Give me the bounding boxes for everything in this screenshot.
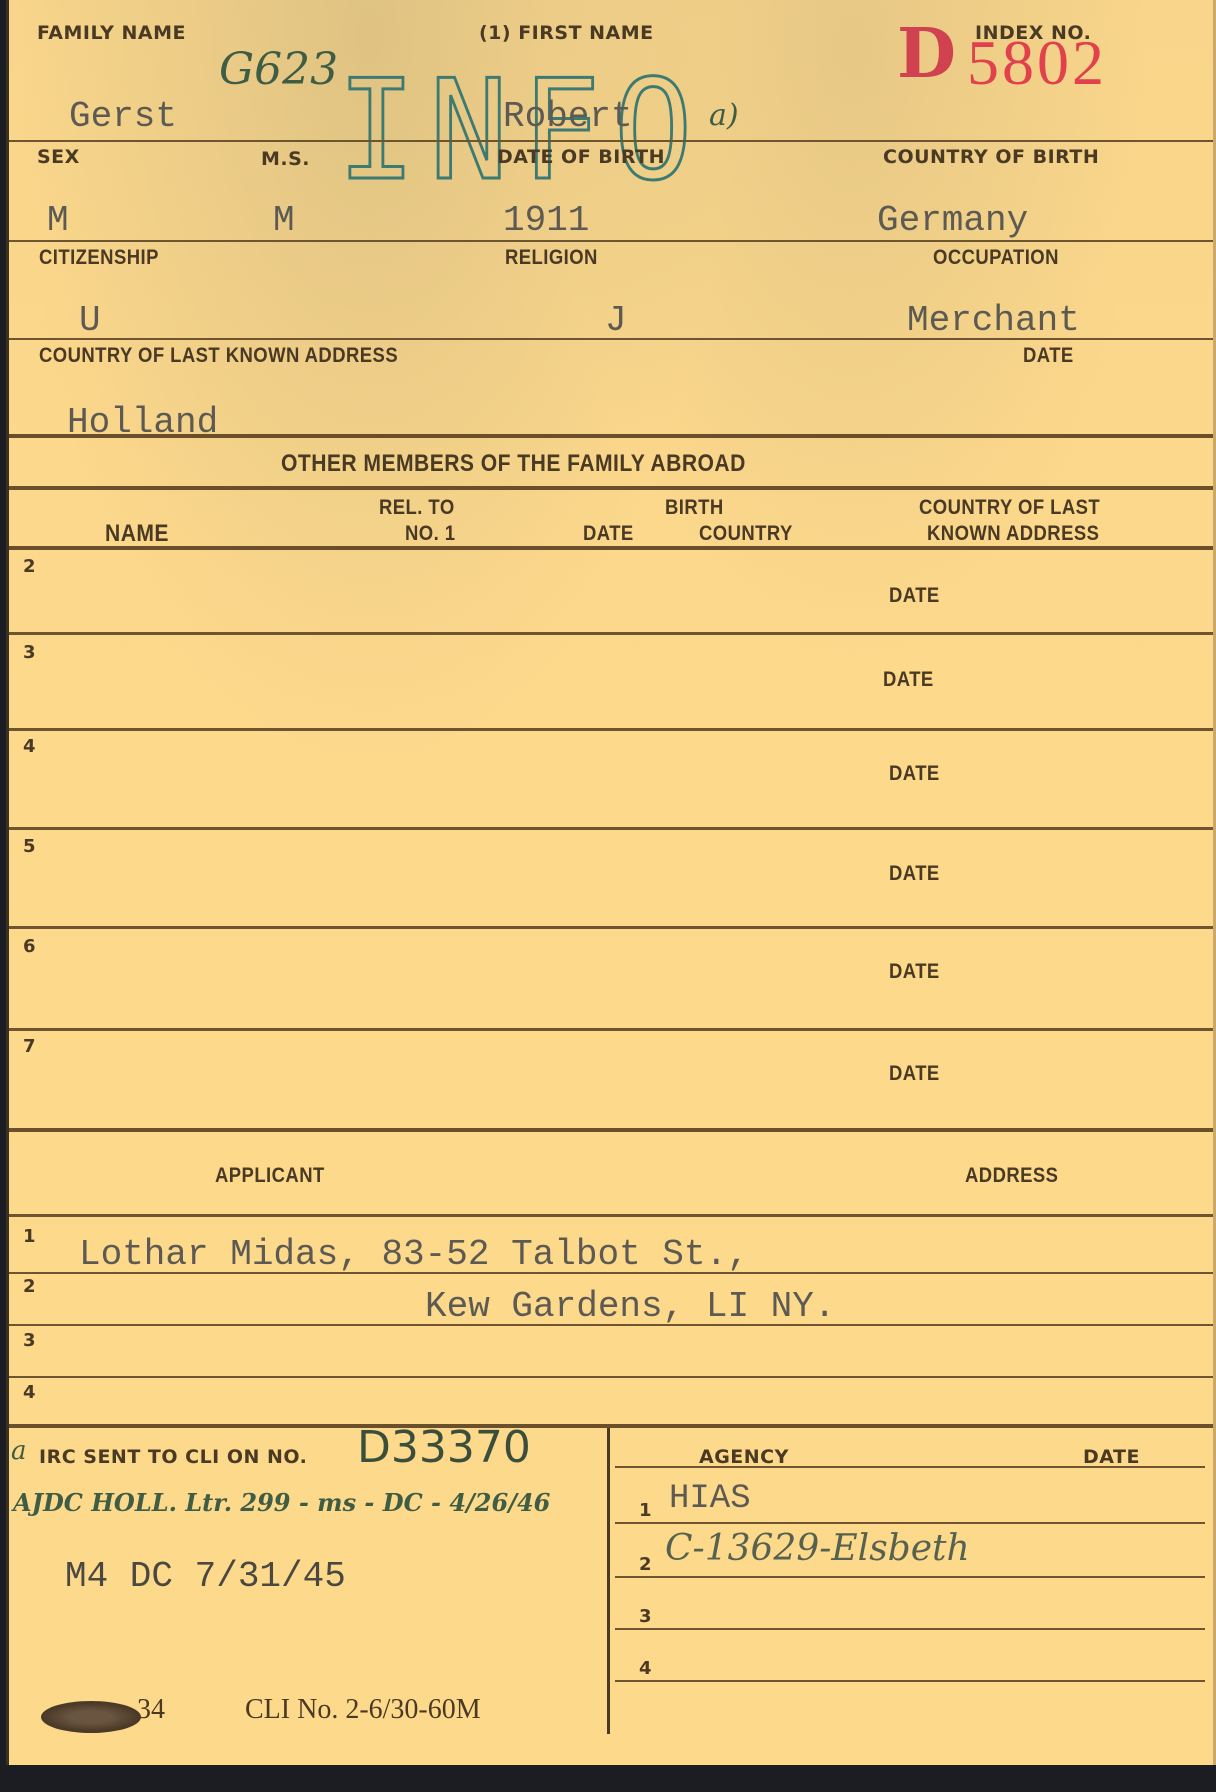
column-divider <box>607 1428 610 1734</box>
applicant-line-1: Lothar Midas, 83-52 Talbot St., <box>79 1234 749 1275</box>
row-number: 7 <box>23 1036 36 1057</box>
row-divider <box>9 728 1213 731</box>
header-country-last-2: KNOWN ADDRESS <box>927 522 1099 546</box>
applicant-row-number: 4 <box>23 1382 36 1403</box>
label-irc-sent: IRC SENT TO CLI ON NO. <box>39 1446 307 1468</box>
first-name-value: Robert <box>503 96 633 137</box>
row-divider <box>615 1680 1205 1682</box>
row-divider <box>9 1272 1213 1274</box>
label-agency: AGENCY <box>699 1446 789 1468</box>
row-date-label: DATE <box>889 960 940 984</box>
index-number: 5802 <box>967 26 1107 100</box>
agency-row-number: 2 <box>639 1554 652 1575</box>
row-date-label: DATE <box>889 862 940 886</box>
applicant-line-2: Kew Gardens, LI NY. <box>425 1286 835 1327</box>
label-ms: M.S. <box>261 148 310 170</box>
label-religion: RELIGION <box>505 246 598 270</box>
header-divider <box>9 546 1213 550</box>
index-prefix: D <box>897 14 956 94</box>
row-divider <box>9 1214 1213 1217</box>
header-birth: BIRTH <box>665 496 724 520</box>
row-number: 6 <box>23 936 36 957</box>
occupation-value: Merchant <box>907 300 1080 341</box>
header-birth-country: COUNTRY <box>699 522 793 546</box>
label-country-last-address: COUNTRY OF LAST KNOWN ADDRESS <box>39 344 398 368</box>
header-birth-date: DATE <box>583 522 634 546</box>
row-number: 5 <box>23 836 36 857</box>
label-citizenship: CITIZENSHIP <box>39 246 159 270</box>
row-divider <box>9 926 1213 929</box>
row-divider <box>9 827 1213 830</box>
header-name: NAME <box>105 520 169 548</box>
family-name-value: Gerst <box>69 96 177 137</box>
religion-value: J <box>605 300 627 341</box>
divider <box>9 140 1213 142</box>
row-divider <box>9 1376 1213 1378</box>
agency-line-2: C-13629-Elsbeth <box>665 1528 970 1569</box>
row-divider <box>615 1576 1205 1578</box>
agency-line-1: HIAS <box>669 1480 751 1518</box>
row-number: 3 <box>23 642 36 663</box>
agency-row-number: 3 <box>639 1606 652 1627</box>
country-of-birth-value: Germany <box>877 200 1028 241</box>
header-rel-to-2: NO. 1 <box>405 522 455 546</box>
applicant-row-number: 3 <box>23 1330 36 1351</box>
label-family-name: FAMILY NAME <box>37 22 186 44</box>
header-rel-to-1: REL. TO <box>379 496 455 520</box>
row-date-label: DATE <box>889 762 940 786</box>
section-divider <box>9 1424 1213 1428</box>
header-country-last-1: COUNTRY OF LAST <box>919 496 1100 520</box>
date-of-birth-value: 1911 <box>503 200 589 241</box>
label-applicant: APPLICANT <box>215 1164 325 1188</box>
ms-value: M <box>273 200 295 241</box>
row-number: 2 <box>23 556 36 577</box>
label-first-name: (1) FIRST NAME <box>479 22 654 44</box>
applicant-row-number: 2 <box>23 1276 36 1297</box>
label-country-of-birth: COUNTRY OF BIRTH <box>883 146 1099 168</box>
label-address: ADDRESS <box>965 1164 1058 1188</box>
first-name-note: a) <box>709 98 739 133</box>
row-date-label: DATE <box>889 1062 940 1086</box>
agency-row-number: 4 <box>639 1658 652 1679</box>
label-agency-date: DATE <box>1083 1446 1140 1468</box>
label-sex: SEX <box>37 146 80 168</box>
irc-typed-note: M4 DC 7/31/45 <box>65 1556 346 1597</box>
form-number: CLI No. 2-6/30-60M <box>245 1694 481 1726</box>
applicant-row-number: 1 <box>23 1226 36 1247</box>
union-number: 34 <box>137 1694 165 1726</box>
sex-value: M <box>47 200 69 241</box>
row-date-label: DATE <box>889 584 940 608</box>
row-divider <box>615 1466 1205 1468</box>
label-date: DATE <box>1023 344 1074 368</box>
citizenship-value: U <box>79 300 101 341</box>
divider <box>9 240 1213 242</box>
row-divider <box>9 1324 1213 1326</box>
label-date-of-birth: DATE OF BIRTH <box>497 146 665 168</box>
section-divider <box>9 1128 1213 1132</box>
row-date-label: DATE <box>883 668 934 692</box>
row-divider <box>9 632 1213 635</box>
row-divider <box>615 1522 1205 1524</box>
label-occupation: OCCUPATION <box>933 246 1059 270</box>
handwritten-code: G623 <box>219 44 338 95</box>
index-card: FAMILY NAME (1) FIRST NAME INDEX NO. G62… <box>6 0 1216 1765</box>
irc-prefix-mark: a <box>11 1436 27 1466</box>
section-divider <box>9 434 1213 438</box>
row-number: 4 <box>23 736 36 757</box>
union-label-logo-icon <box>41 1701 141 1733</box>
divider <box>9 338 1213 340</box>
irc-handwritten-note: AJDC HOLL. Ltr. 299 - ms - DC - 4/26/46 <box>13 1488 550 1517</box>
section-divider <box>9 486 1213 490</box>
other-members-title: OTHER MEMBERS OF THE FAMILY ABROAD <box>281 450 746 478</box>
irc-number: D33370 <box>357 1422 531 1473</box>
agency-row-number: 1 <box>639 1500 652 1521</box>
row-divider <box>9 1028 1213 1031</box>
row-divider <box>615 1628 1205 1630</box>
